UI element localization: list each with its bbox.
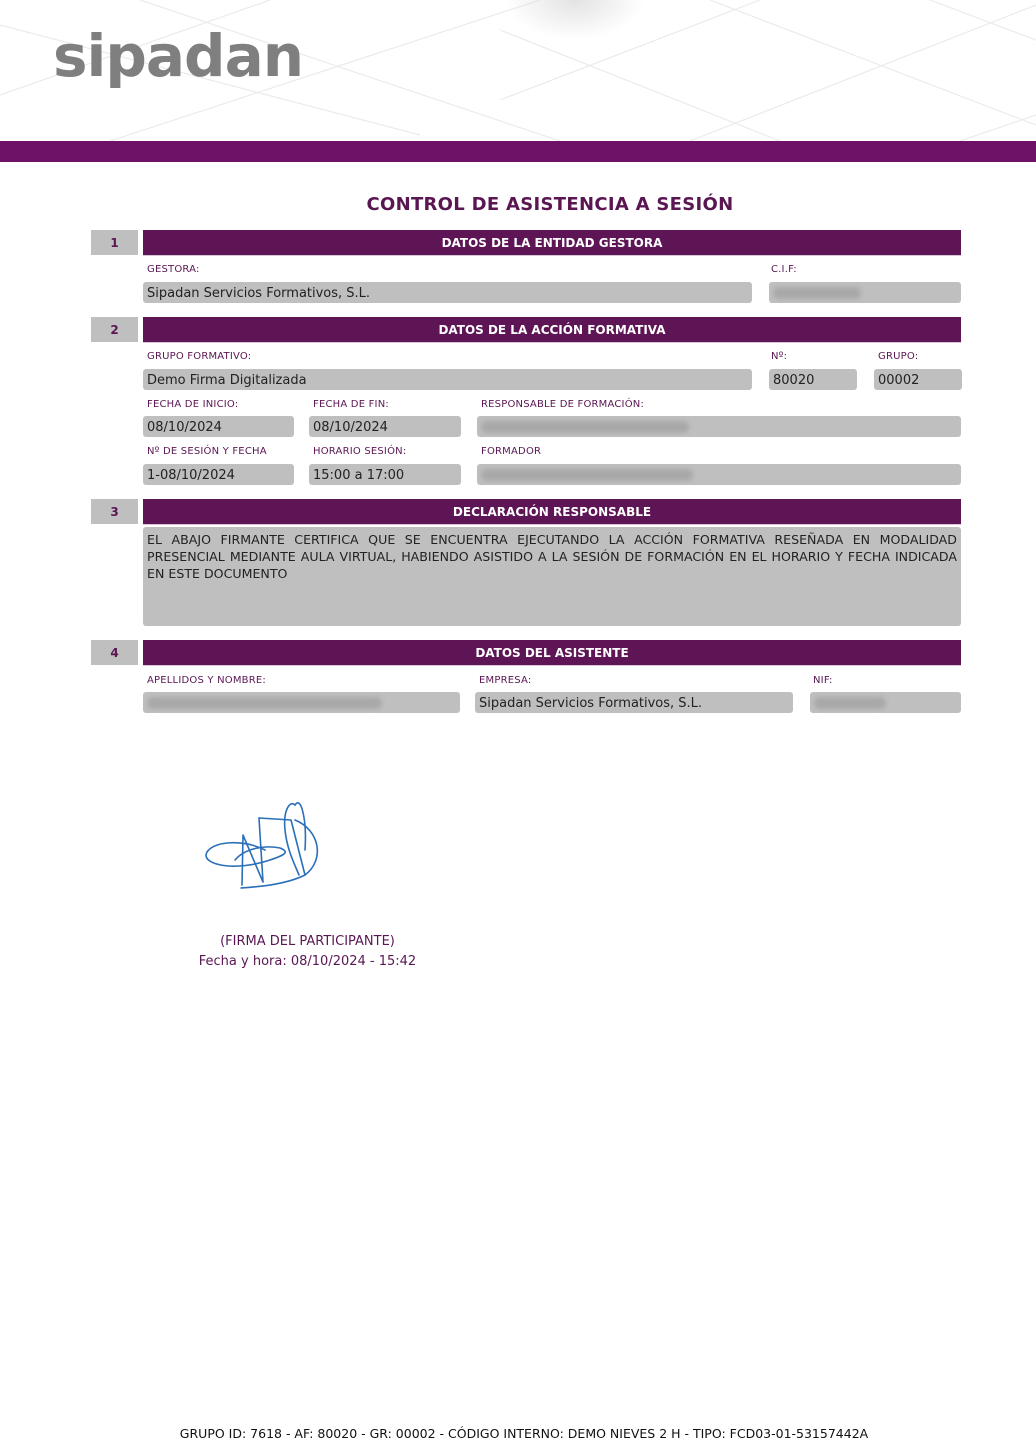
section-4-header: DATOS DEL ASISTENTE bbox=[143, 640, 961, 666]
fecha-inicio-field: 08/10/2024 bbox=[143, 416, 294, 437]
handwritten-signature-icon bbox=[195, 790, 335, 895]
section-3-number: 3 bbox=[91, 499, 138, 524]
sesion-fecha-field: 1-08/10/2024 bbox=[143, 464, 294, 485]
signature-datetime: Fecha y hora: 08/10/2024 - 15:42 bbox=[150, 954, 465, 969]
redacted-cif bbox=[773, 287, 861, 299]
participant-signature bbox=[195, 790, 335, 899]
declaration-text: EL ABAJO FIRMANTE CERTIFICA QUE SE ENCUE… bbox=[143, 527, 961, 626]
redacted-nombre bbox=[147, 697, 382, 709]
formador-label: FORMADOR bbox=[481, 446, 541, 457]
horario-label: HORARIO SESIÓN: bbox=[313, 446, 406, 457]
numero-field: 80020 bbox=[769, 369, 857, 390]
document-footer: GRUPO ID: 7618 - AF: 80020 - GR: 00002 -… bbox=[0, 1426, 1036, 1441]
horario-field: 15:00 a 17:00 bbox=[309, 464, 461, 485]
gestora-field: Sipadan Servicios Formativos, S.L. bbox=[143, 282, 752, 303]
nif-field bbox=[810, 692, 961, 713]
redacted-formador bbox=[481, 469, 693, 481]
grupo-formativo-label: GRUPO FORMATIVO: bbox=[147, 351, 251, 362]
numero-label: Nº: bbox=[771, 351, 787, 362]
empresa-label: EMPRESA: bbox=[479, 675, 531, 686]
redacted-responsable bbox=[481, 421, 689, 433]
section-2-header: DATOS DE LA ACCIÓN FORMATIVA bbox=[143, 317, 961, 343]
cif-field bbox=[769, 282, 961, 303]
signature-caption: (FIRMA DEL PARTICIPANTE) bbox=[150, 934, 465, 949]
fecha-inicio-label: FECHA DE INICIO: bbox=[147, 399, 238, 410]
formador-field bbox=[477, 464, 961, 485]
section-1-header: DATOS DE LA ENTIDAD GESTORA bbox=[143, 230, 961, 256]
responsable-label: RESPONSABLE DE FORMACIÓN: bbox=[481, 399, 644, 410]
brand-band bbox=[0, 141, 1036, 162]
page-header: sipadan bbox=[0, 0, 1036, 141]
section-4-number: 4 bbox=[91, 640, 138, 665]
nif-label: NIF: bbox=[813, 675, 833, 686]
responsable-field bbox=[477, 416, 961, 437]
grupo-formativo-field: Demo Firma Digitalizada bbox=[143, 369, 752, 390]
section-2-number: 2 bbox=[91, 317, 138, 342]
redacted-nif bbox=[814, 697, 886, 709]
fecha-fin-field: 08/10/2024 bbox=[309, 416, 461, 437]
grupo-label: GRUPO: bbox=[878, 351, 918, 362]
sesion-fecha-label: Nº DE SESIÓN Y FECHA bbox=[147, 446, 267, 457]
sipadan-logo: sipadan bbox=[53, 22, 303, 90]
gestora-label: GESTORA: bbox=[147, 264, 200, 275]
section-3-header: DECLARACIÓN RESPONSABLE bbox=[143, 499, 961, 525]
grupo-field: 00002 bbox=[874, 369, 962, 390]
fecha-fin-label: FECHA DE FIN: bbox=[313, 399, 389, 410]
nombre-field bbox=[143, 692, 460, 713]
document-title: CONTROL DE ASISTENCIA A SESIÓN bbox=[0, 194, 1036, 215]
cif-label: C.I.F: bbox=[771, 264, 797, 275]
nombre-label: APELLIDOS Y NOMBRE: bbox=[147, 675, 266, 686]
section-1-number: 1 bbox=[91, 230, 138, 255]
empresa-field: Sipadan Servicios Formativos, S.L. bbox=[475, 692, 793, 713]
